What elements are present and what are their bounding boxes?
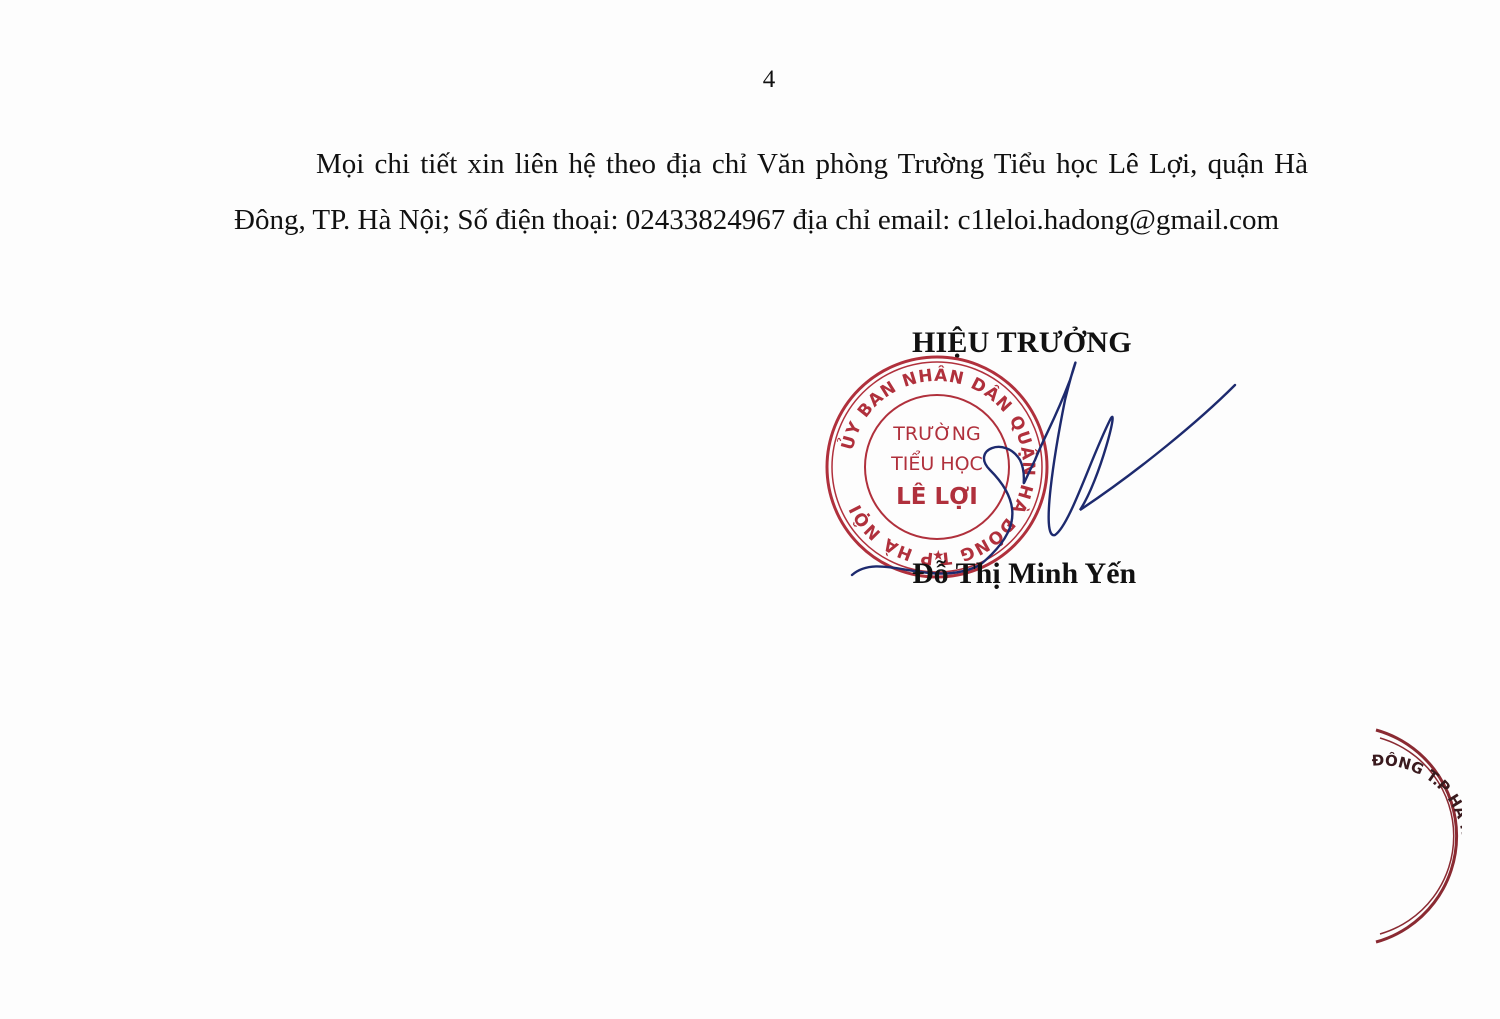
page-number: 4 xyxy=(0,66,1500,94)
svg-text:ĐÔNG T.P HÀ N: ĐÔNG T.P HÀ N xyxy=(1372,750,1462,837)
partial-stamp-text: ĐÔNG T.P HÀ N xyxy=(1372,750,1462,837)
contact-paragraph: Mọi chi tiết xin liên hệ theo địa chỉ Vă… xyxy=(234,136,1308,248)
signer-name: Đỗ Thị Minh Yến xyxy=(912,557,1136,591)
contact-text: Mọi chi tiết xin liên hệ theo địa chỉ Vă… xyxy=(234,148,1308,236)
partial-stamp: ĐÔNG T.P HÀ N xyxy=(1372,726,1462,946)
